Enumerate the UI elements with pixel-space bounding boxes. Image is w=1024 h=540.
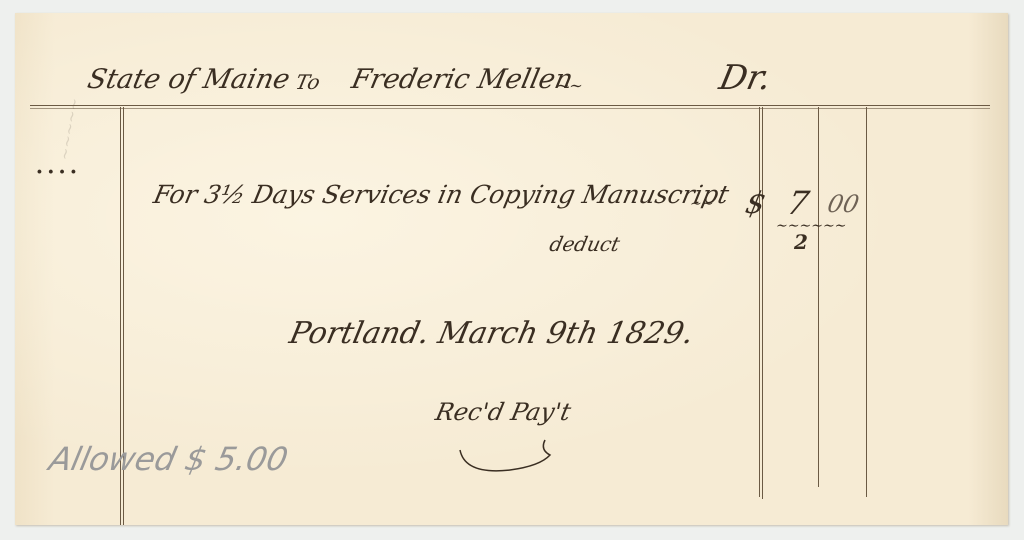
dollars-column-rule: [759, 107, 760, 497]
place-date: Portland. March 9th 1829.: [286, 316, 696, 351]
right-column-rule: [866, 107, 867, 497]
header-rule: [30, 105, 990, 106]
creditor-name: Frederic Mellen: [349, 64, 576, 95]
debtor-name: State of Maine: [85, 64, 293, 95]
pencil-allowance-note: Allowed $ 5.00: [46, 440, 291, 478]
line-item-description: For 3½ Days Services in Copying Manuscri…: [151, 180, 732, 209]
deduct-underline: ~~~~~~: [774, 218, 848, 234]
line-item-dash: ~~: [688, 196, 715, 212]
deduct-amount: 2: [794, 230, 808, 254]
deduct-label: deduct: [547, 232, 622, 256]
header-rule-secondary: [30, 108, 990, 109]
to-label: To: [293, 70, 322, 94]
margin-dots: ∙ ∙ ∙ ∙: [36, 164, 77, 180]
dollars-column-rule-double: [762, 107, 763, 499]
signature-flourish-icon: [450, 430, 570, 480]
dash-flourish: ~~: [554, 76, 585, 95]
dr-label: Dr.: [716, 58, 775, 98]
cents-amount: 00: [825, 190, 861, 218]
signature: Rec'd Pay't: [433, 398, 573, 426]
cents-column-rule: [818, 107, 819, 487]
